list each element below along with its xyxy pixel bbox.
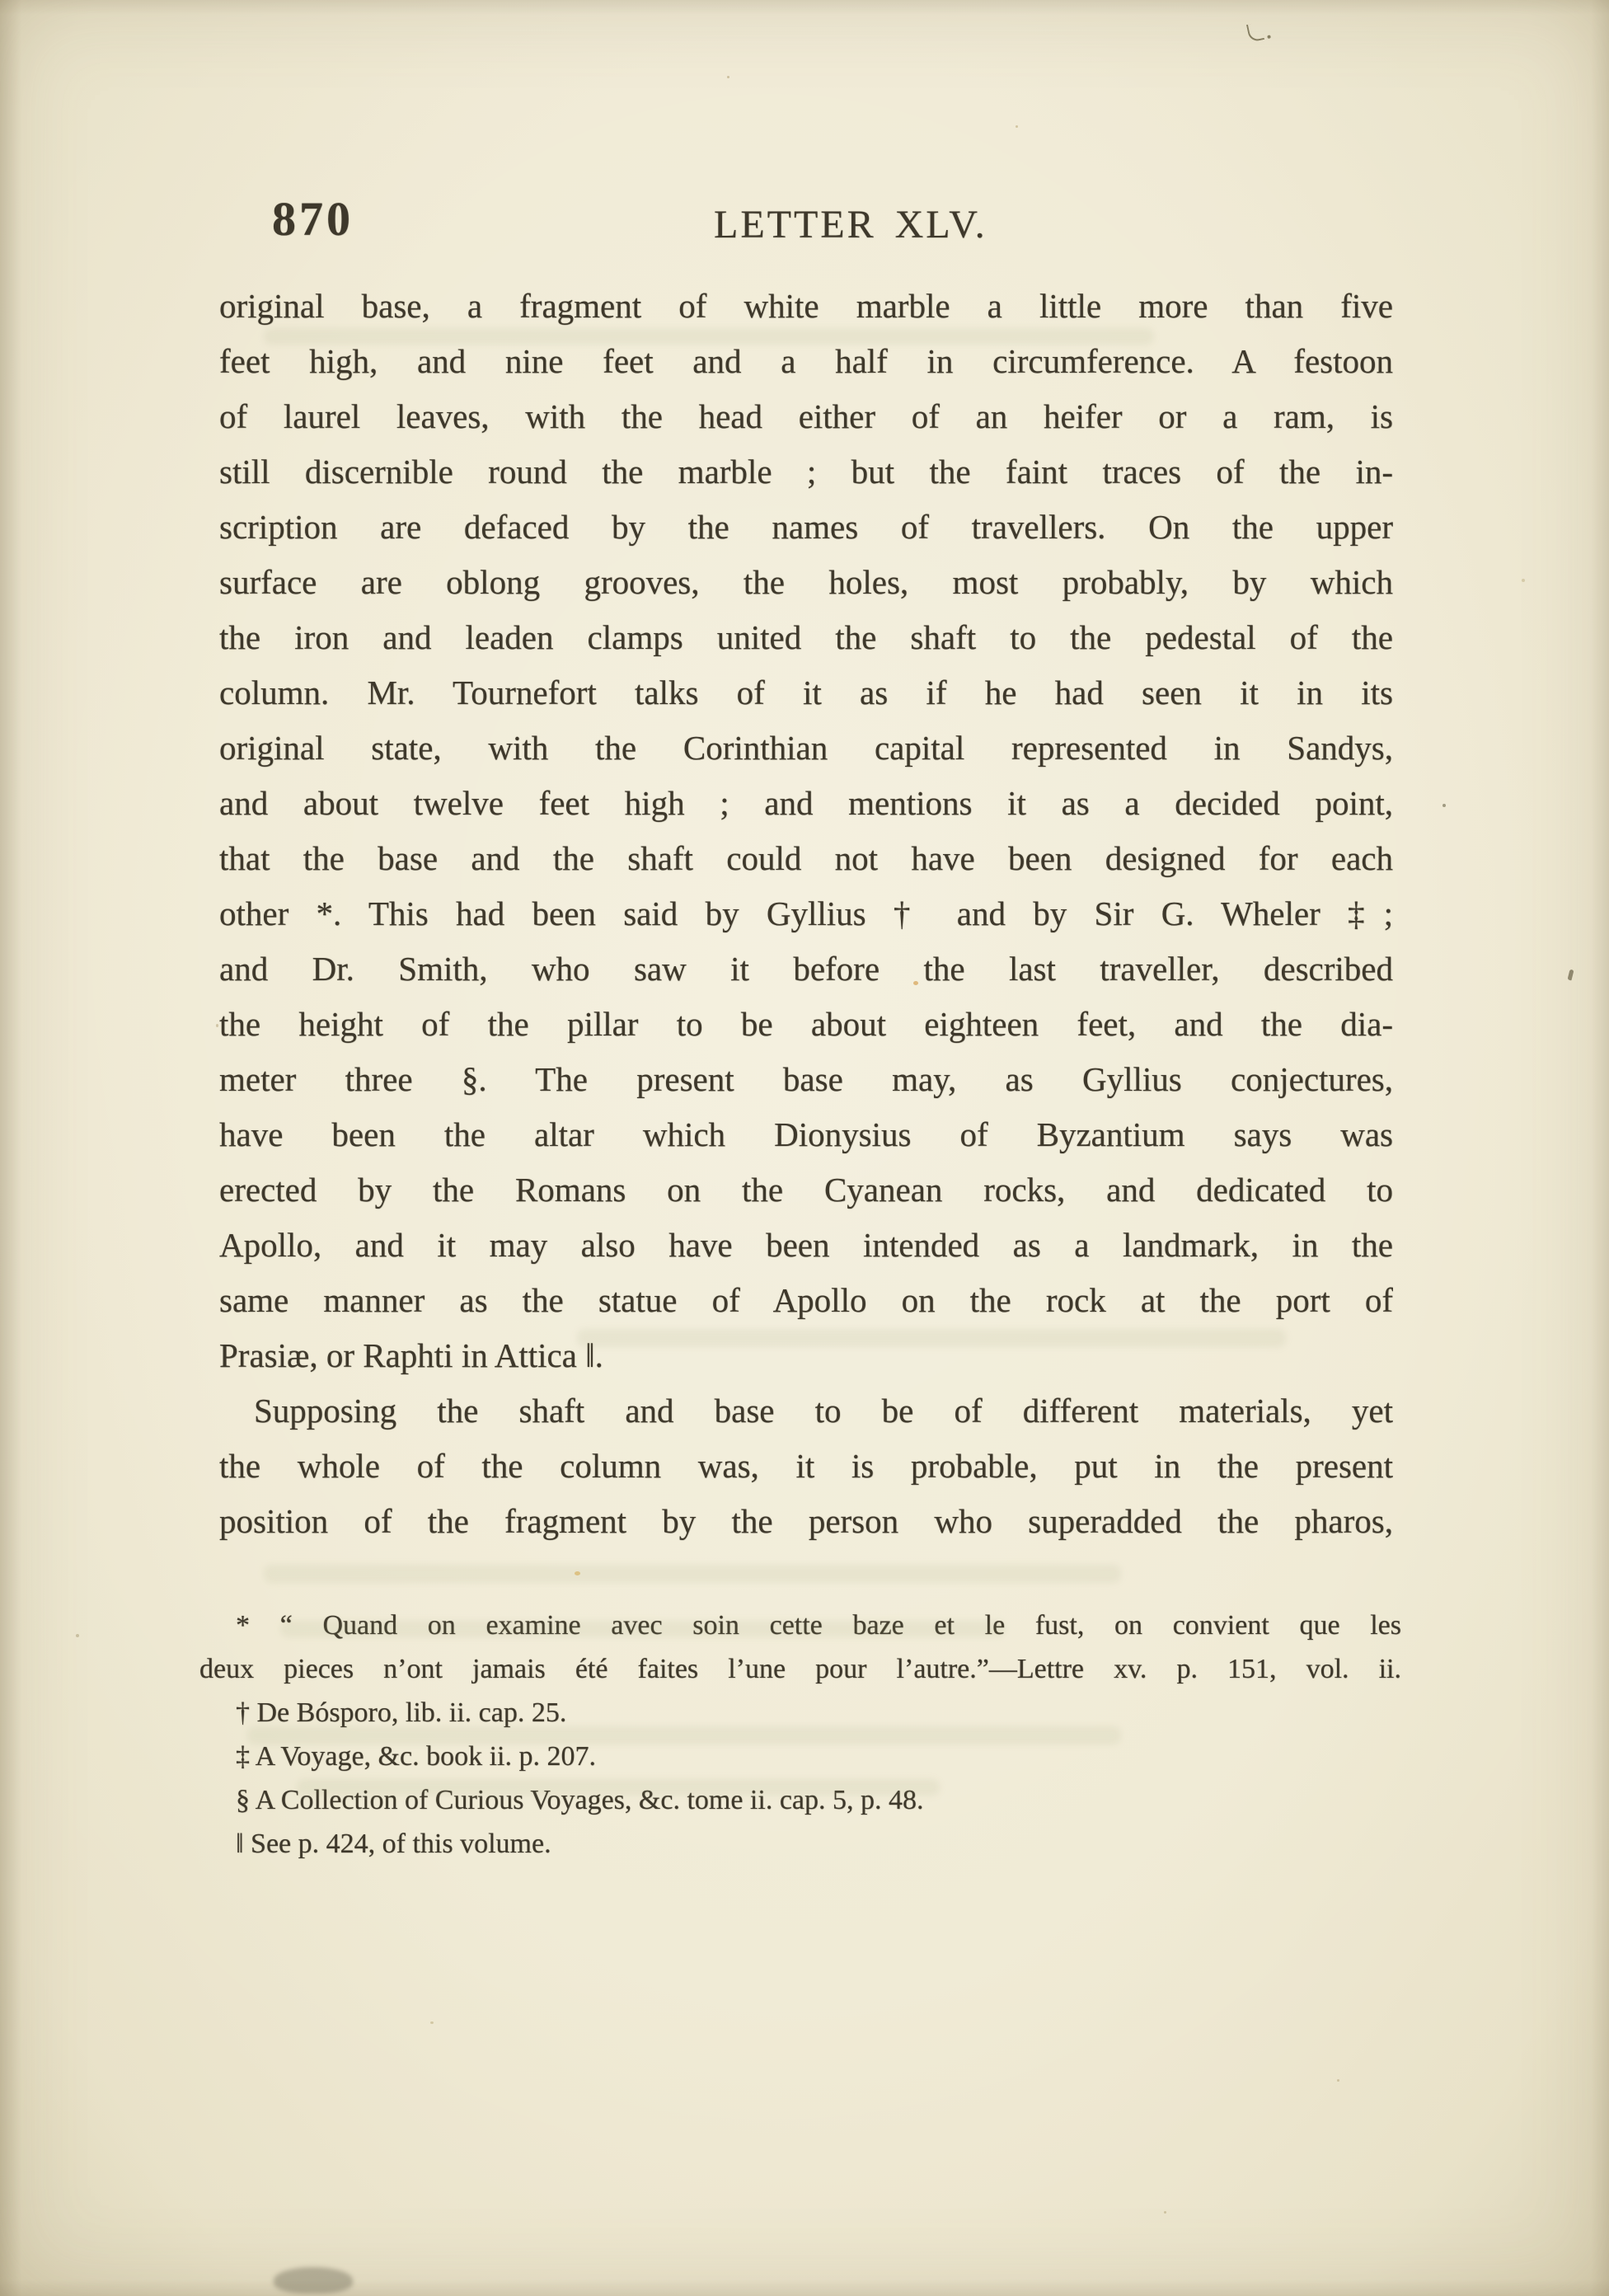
text-line: of laurel leaves, with the head either o… xyxy=(219,389,1393,444)
paper-speck xyxy=(76,1634,79,1637)
edge-smudge xyxy=(274,2267,353,2294)
paragraph-2: Supposing the shaft and base to be of di… xyxy=(219,1383,1393,1549)
text-line: original base, a fragment of white marbl… xyxy=(219,279,1393,334)
paper-speck xyxy=(575,1571,580,1575)
showthrough-band xyxy=(264,1565,1121,1583)
text-line: and Dr. Smith, who saw it before the las… xyxy=(219,941,1393,997)
text-line: position of the fragment by the person w… xyxy=(219,1494,1393,1549)
footnote-line: * “ Quand on examine avec soin cette baz… xyxy=(199,1603,1401,1647)
text-line: feet high, and nine feet and a half in c… xyxy=(219,334,1393,389)
text-line: erected by the Romans on the Cyanean roc… xyxy=(219,1162,1393,1218)
text-line: column. Mr. Tournefort talks of it as if… xyxy=(219,665,1393,721)
paper-speck xyxy=(1164,2211,1166,2214)
page-number: 870 xyxy=(272,195,354,244)
paper-speck xyxy=(1016,125,1018,128)
text-line: original state, with the Corinthian capi… xyxy=(219,721,1393,776)
ink-fleck xyxy=(1568,970,1574,981)
text-line: that the base and the shaft could not ha… xyxy=(219,831,1393,886)
paper-speck xyxy=(1442,804,1446,807)
text-line: other *. This had been said by Gyllius †… xyxy=(219,886,1393,941)
paper-speck xyxy=(216,1024,218,1027)
paper-speck xyxy=(1522,579,1525,582)
running-head: LETTER XLV. xyxy=(714,204,987,246)
paragraph-1: original base, a fragment of white marbl… xyxy=(219,279,1393,1383)
footnote-line: deux pieces n’ont jamais été faites l’un… xyxy=(199,1647,1401,1691)
footnote-line: ‖ See p. 424, of this volume. xyxy=(199,1822,1401,1866)
paper-speck xyxy=(430,2021,434,2024)
text-line: surface are oblong grooves, the holes, m… xyxy=(219,555,1393,610)
text-line: meter three §. The present base may, as … xyxy=(219,1052,1393,1107)
text-line: Apollo, and it may also have been intend… xyxy=(219,1218,1393,1273)
text-line: and about twelve feet high ; and mention… xyxy=(219,776,1393,831)
text-line: the height of the pillar to be about eig… xyxy=(219,997,1393,1052)
text-line: Prasiæ, or Raphti in Attica ‖. xyxy=(219,1328,1393,1383)
pen-mark xyxy=(1246,21,1264,42)
text-line: the whole of the column was, it is proba… xyxy=(219,1439,1393,1494)
footnote-line: § A Collection of Curious Voyages, &c. t… xyxy=(199,1778,1401,1822)
text-line: same manner as the statue of Apollo on t… xyxy=(219,1273,1393,1328)
footnote-line: † De Bósporo, lib. ii. cap. 25. xyxy=(199,1691,1401,1735)
text-line: the iron and leaden clamps united the sh… xyxy=(219,610,1393,665)
text-line: Supposing the shaft and base to be of di… xyxy=(219,1383,1393,1439)
text-line: have been the altar which Dionysius of B… xyxy=(219,1107,1393,1162)
paper-speck xyxy=(1337,2079,1339,2082)
footnotes: * “ Quand on examine avec soin cette baz… xyxy=(199,1603,1401,1866)
text-line: still discernible round the marble ; but… xyxy=(219,444,1393,500)
paper-speck xyxy=(727,76,729,78)
body-text: original base, a fragment of white marbl… xyxy=(219,279,1393,1549)
text-line: scription are defaced by the names of tr… xyxy=(219,500,1393,555)
footnote-line: ‡ A Voyage, &c. book ii. p. 207. xyxy=(199,1735,1401,1778)
book-page-scan: 870 LETTER XLV. original base, a fragmen… xyxy=(0,0,1609,2296)
